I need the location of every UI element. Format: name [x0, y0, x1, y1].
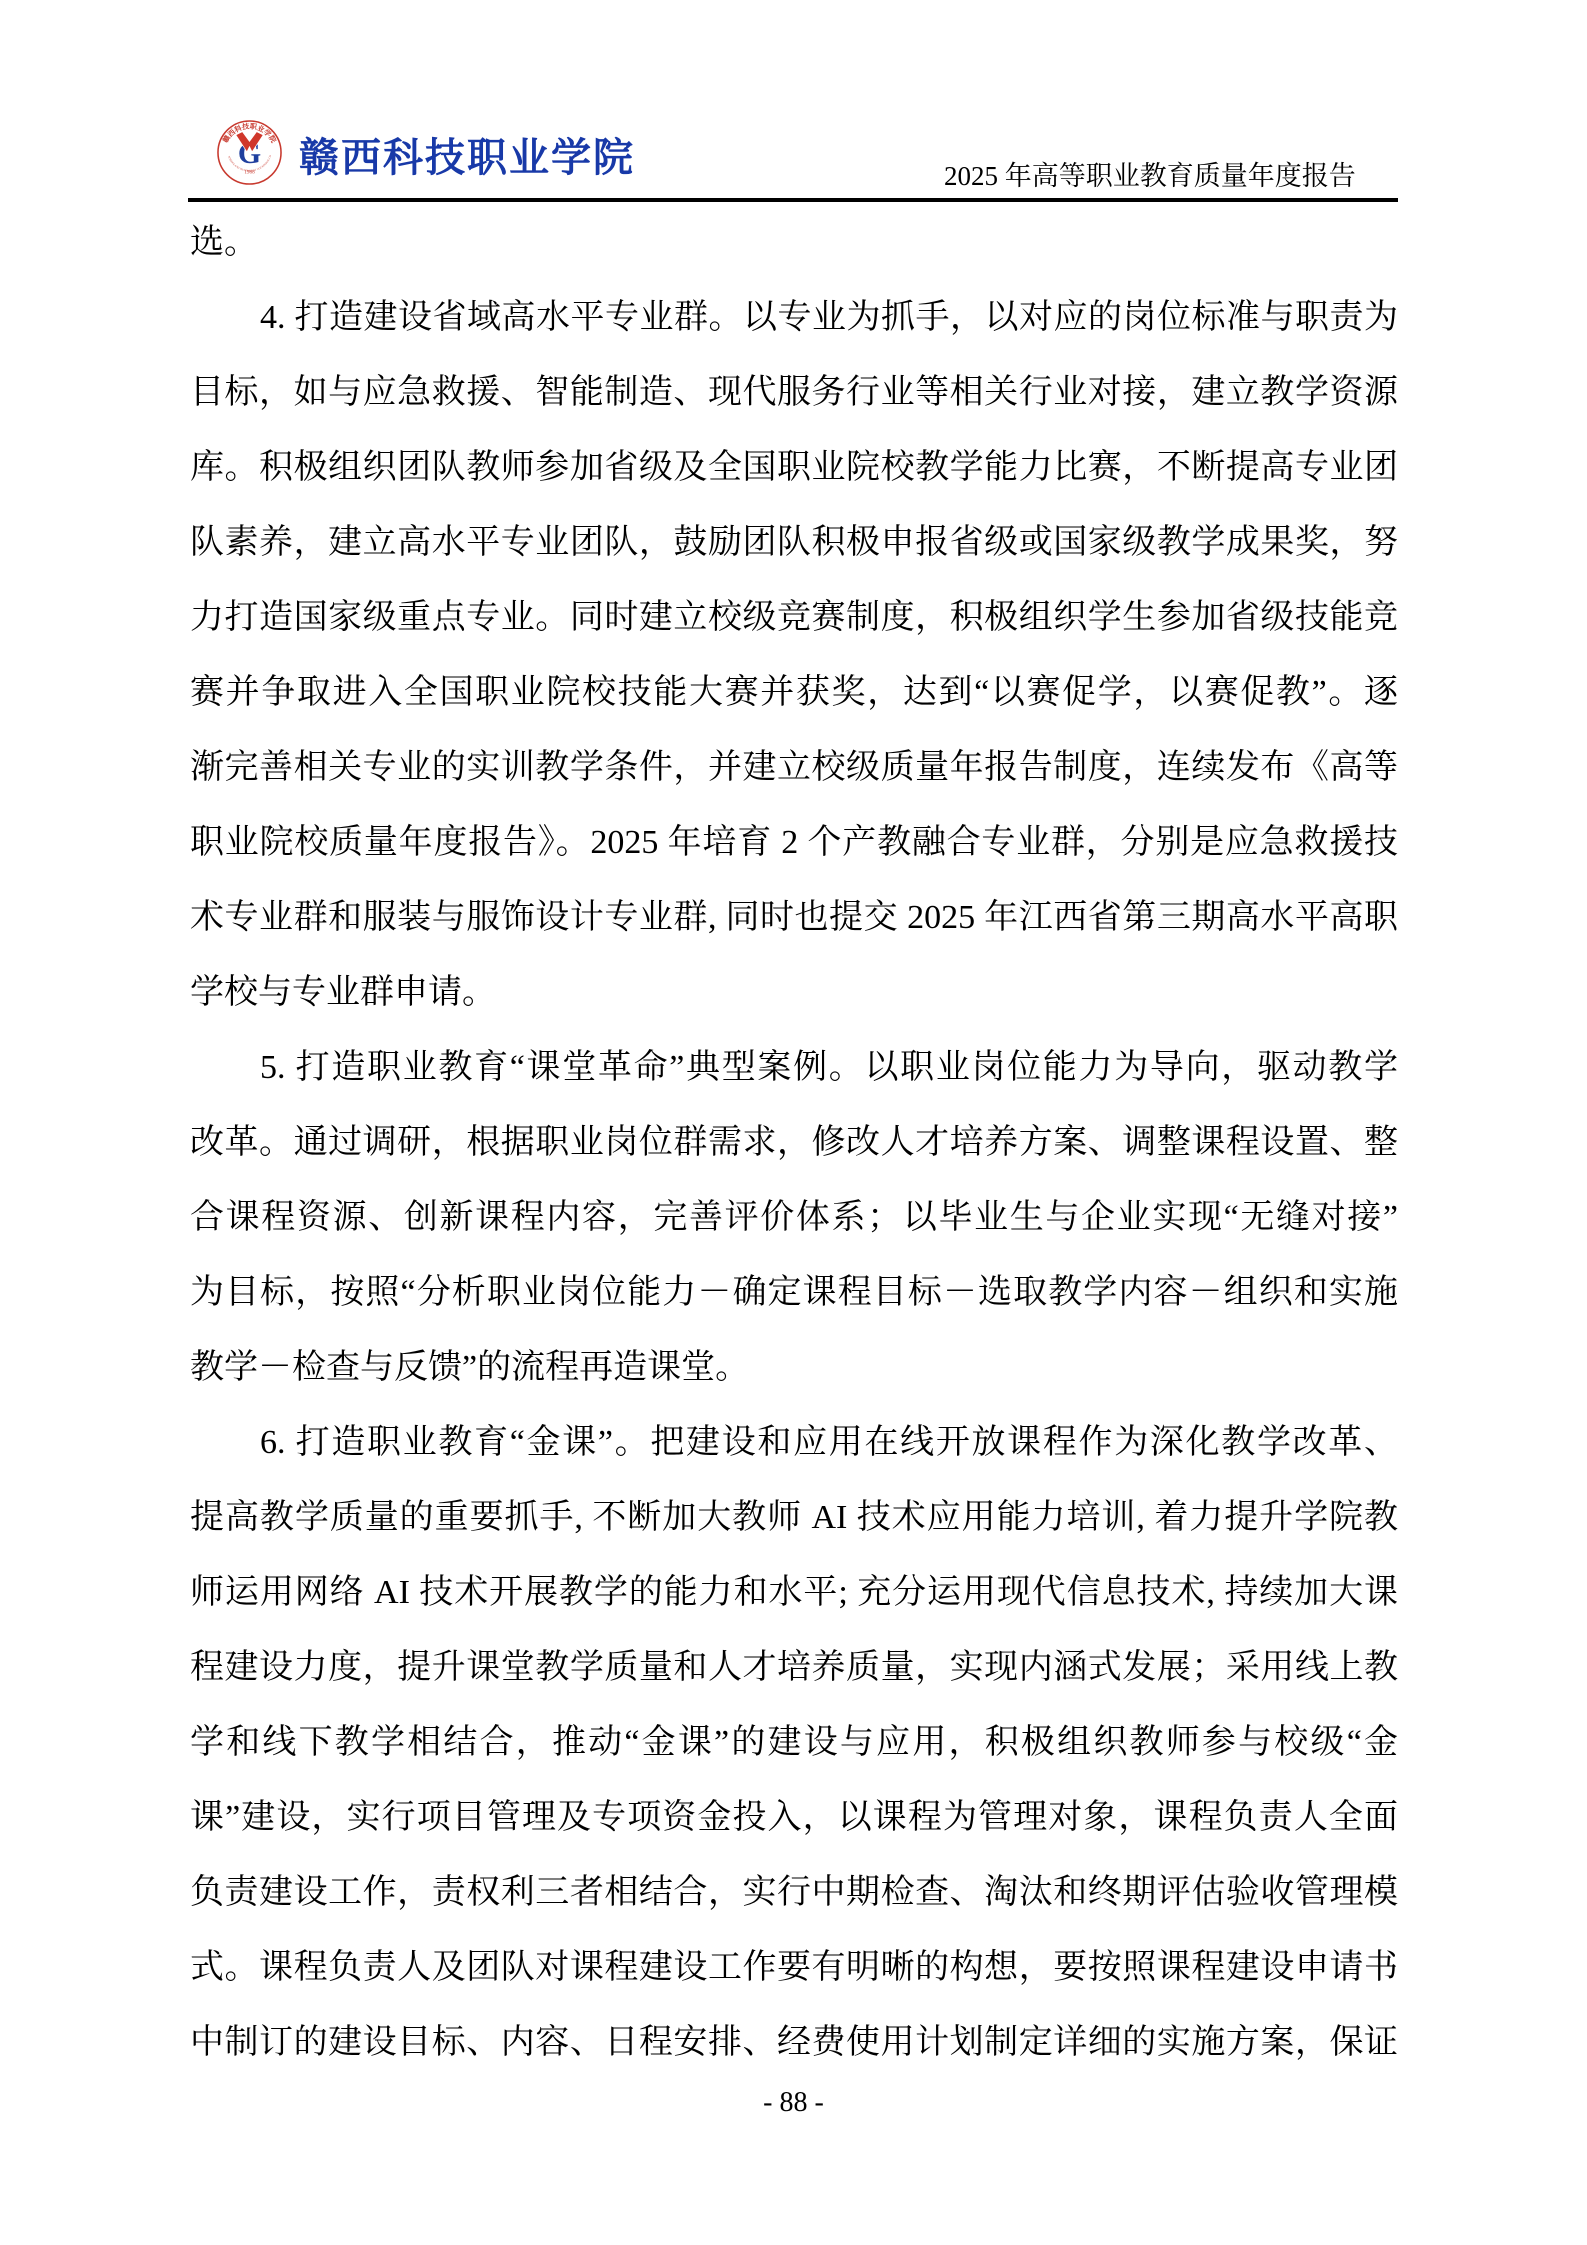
text-line: 学和线下教学相结合，推动“金课”的建设与应用，积极组织教师参与校级“金	[190, 1705, 1398, 1780]
page-number: - 88 -	[763, 2087, 824, 2118]
document-page: 赣西科技职业学院 GANXI SCIENCE AND TECHNOLOGY VO…	[0, 0, 1587, 2245]
text-line: 库。积极组织团队教师参加省级及全国职业院校教学能力比赛，不断提高专业团	[190, 430, 1398, 505]
text-line: 6. 打造职业教育“金课”。把建设和应用在线开放课程作为深化教学改革、	[190, 1405, 1398, 1480]
text-line: 为目标，按照“分析职业岗位能力－确定课程目标－选取教学内容－组织和实施	[190, 1255, 1398, 1330]
text-line: 目标，如与应急救援、智能制造、现代服务行业等相关行业对接，建立教学资源	[190, 355, 1398, 430]
text-line: 力打造国家级重点专业。同时建立校级竞赛制度，积极组织学生参加省级技能竞	[190, 580, 1398, 655]
text-line: 职业院校质量年度报告》。2025 年培育 2 个产教融合专业群，分别是应急救援技	[190, 805, 1398, 880]
text-line: 合课程资源、创新课程内容，完善评价体系；以毕业生与企业实现“无缝对接”	[190, 1180, 1398, 1255]
text-line: 术专业群和服装与服饰设计专业群, 同时也提交 2025 年江西省第三期高水平高职	[190, 880, 1398, 955]
text-line: 式。课程负责人及团队对课程建设工作要有明晰的构想，要按照课程建设申请书	[190, 1930, 1398, 2005]
text-line: 学校与专业群申请。	[190, 955, 1398, 1030]
text-line: 5. 打造职业教育“课堂革命”典型案例。以职业岗位能力为导向，驱动教学	[190, 1030, 1398, 1105]
header-divider	[188, 198, 1398, 202]
text-line: 中制订的建设目标、内容、日程安排、经费使用计划制定详细的实施方案，保证	[190, 2005, 1398, 2080]
text-line: 选。	[190, 205, 1398, 280]
text-line: 赛并争取进入全国职业院校技能大赛并获奖，达到“以赛促学，以赛促教”。逐	[190, 655, 1398, 730]
page-footer: - 88 -	[0, 2083, 1587, 2123]
text-line: 改革。通过调研，根据职业岗位群需求，修改人才培养方案、调整课程设置、整	[190, 1105, 1398, 1180]
text-line: 负责建设工作，责权利三者相结合，实行中期检查、淘汰和终期评估验收管理模	[190, 1855, 1398, 1930]
text-line: 队素养，建立高水平专业团队，鼓励团队积极申报省级或国家级教学成果奖，努	[190, 505, 1398, 580]
logo-year-text: 1988	[244, 169, 255, 175]
text-line: 师运用网络 AI 技术开展教学的能力和水平; 充分运用现代信息技术, 持续加大课	[190, 1555, 1398, 1630]
text-line: 4. 打造建设省域高水平专业群。以专业为抓手，以对应的岗位标准与职责为	[190, 280, 1398, 355]
report-title: 2025 年高等职业教育质量年度报告	[944, 159, 1398, 193]
college-name-calligraphy: 赣西科技职业学院	[299, 133, 635, 183]
text-line: 提高教学质量的重要抓手, 不断加大教师 AI 技术应用能力培训, 着力提升学院教	[190, 1480, 1398, 1555]
text-line: 渐完善相关专业的实训教学条件，并建立校级质量年报告制度，连续发布《高等	[190, 730, 1398, 805]
college-logo-seal: 赣西科技职业学院 GANXI SCIENCE AND TECHNOLOGY VO…	[217, 120, 282, 185]
text-line: 教学－检查与反馈”的流程再造课堂。	[190, 1330, 1398, 1405]
text-line: 程建设力度，提升课堂教学质量和人才培养质量，实现内涵式发展；采用线上教	[190, 1630, 1398, 1705]
document-body: 选。4. 打造建设省域高水平专业群。以专业为抓手，以对应的岗位标准与职责为目标，…	[190, 205, 1398, 2080]
text-line: 课”建设，实行项目管理及专项资金投入，以课程为管理对象，课程负责人全面	[190, 1780, 1398, 1855]
